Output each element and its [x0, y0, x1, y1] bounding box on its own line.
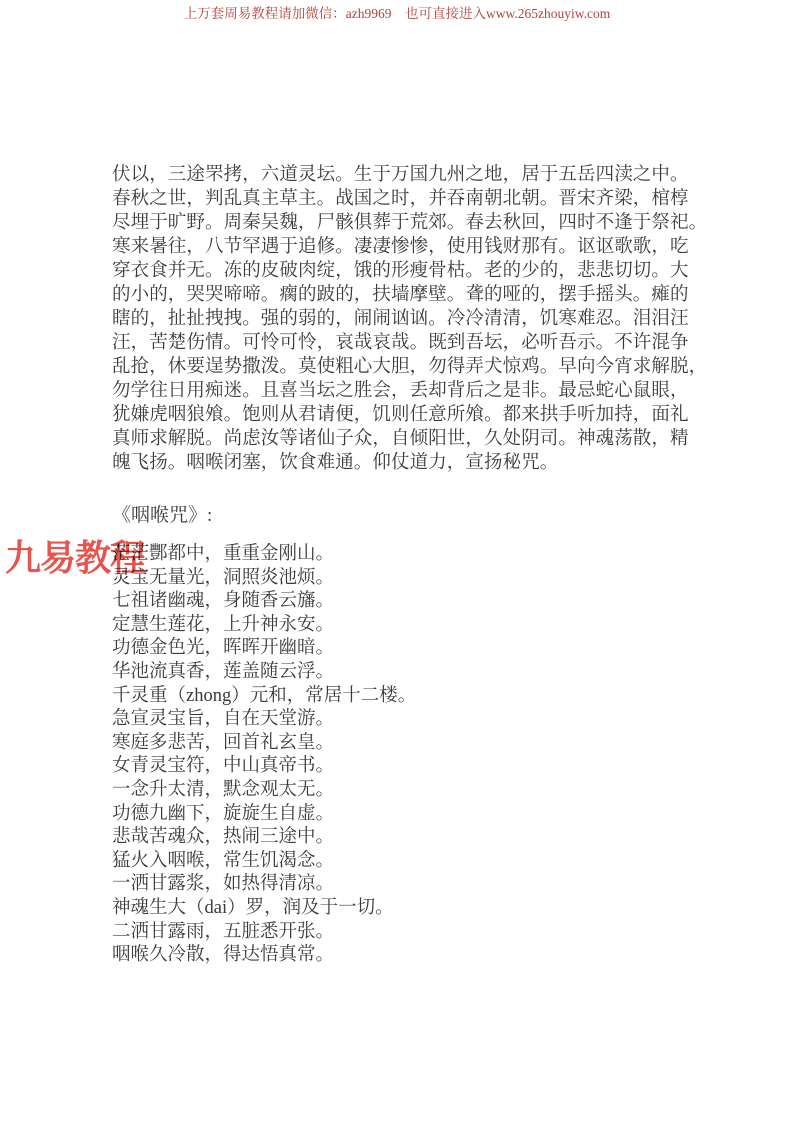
verse-line: 茫茫酆都中，重重金刚山。 [112, 543, 687, 567]
verse-line: 二洒甘露雨，五脏悉开张。 [112, 921, 687, 945]
opening-paragraph: 伏以，三途罘拷，六道灵坛。生于万国九州之地，居于五岳四渎之中。春秋之世，判乱真主… [112, 163, 687, 475]
verse-line: 定慧生莲花，上升神永安。 [112, 614, 687, 638]
paragraph-line: 伏以，三途罘拷，六道灵坛。生于万国九州之地，居于五岳四渎之中。 [112, 163, 687, 187]
verse-line: 灵宝无量光，洞照炎池烦。 [112, 567, 687, 591]
paragraph-line: 犹嫌虎咽狼飧。饱则从君请便，饥则任意所飧。都来拱手听加持，面礼 [112, 403, 687, 427]
verse-line: 猛火入咽喉，常生饥渴念。 [112, 850, 687, 874]
paragraph-line: 真师求解脱。尚虑汝等诸仙子众，自倾阳世，久处阴司。神魂荡散，精 [112, 427, 687, 451]
verse-line: 寒庭多悲苦，回首礼玄皇。 [112, 732, 687, 756]
verse-line: 悲哉苦魂众，热闹三途中。 [112, 826, 687, 850]
paragraph-line: 瞎的，扯扯拽拽。强的弱的，闹闹讻讻。冷冷清清，饥寒难忍。泪泪汪 [112, 307, 687, 331]
incantation-verse: 茫茫酆都中，重重金刚山。灵宝无量光，洞照炎池烦。七祖诸幽魂，身随香云旛。定慧生莲… [112, 543, 687, 968]
paragraph-line: 穿衣食并无。冻的皮破肉绽，饿的形瘦骨枯。老的少的，悲悲切切。大 [112, 259, 687, 283]
paragraph-line: 魄飞扬。咽喉闭塞，饮食难通。仰仗道力，宣扬秘咒。 [112, 451, 687, 475]
watermark-logo: 九易教程 [5, 537, 145, 579]
verse-line: 一念升太清，默念观太无。 [112, 779, 687, 803]
paragraph-line: 的小的，哭哭啼啼。瘸的跛的，扶墙摩壁。聋的哑的，摆手摇头。瘫的 [112, 283, 687, 307]
verse-line: 咽喉久冷散，得达悟真常。 [112, 944, 687, 968]
verse-line: 一洒甘露浆，如热得清凉。 [112, 873, 687, 897]
verse-line: 女青灵宝符，中山真帝书。 [112, 755, 687, 779]
verse-line: 功德金色光，晖晖开幽暗。 [112, 637, 687, 661]
verse-line: 神魂生大（dai）罗，润及于一切。 [112, 897, 687, 921]
paragraph-line: 寒来暑往，八节罕遇于追修。凄凄惨惨，使用钱财那有。讴讴歌歌，吃 [112, 235, 687, 259]
section-title: 《咽喉咒》: [112, 504, 212, 528]
paragraph-line: 尽埋于旷野。周秦吴魏，尸骸俱葬于荒郊。春去秋回，四时不逢于祭祀。 [112, 211, 687, 235]
verse-line: 华池流真香，莲盖随云浮。 [112, 661, 687, 685]
paragraph-line: 汪，苦楚伤情。可怜可怜，哀哉哀哉。既到吾坛，必听吾示。不许混争 [112, 331, 687, 355]
verse-line: 功德九幽下，旋旋生自虚。 [112, 803, 687, 827]
verse-line: 急宣灵宝旨，自在天堂游。 [112, 708, 687, 732]
verse-line: 千灵重（zhong）元和，常居十二楼。 [112, 685, 687, 709]
paragraph-line: 乱抢，休要逞势撒泼。莫使粗心大胆，勿得弄犬惊鸡。早向今宵求解脱， [112, 355, 687, 379]
verse-line: 七祖诸幽魂，身随香云旛。 [112, 590, 687, 614]
header-banner: 上万套周易教程请加微信：azh9969 也可直接进入www.265zhouyiw… [0, 5, 794, 22]
paragraph-line: 勿学往日用痴迷。且喜当坛之胜会，丢却背后之是非。最忌蛇心鼠眼， [112, 379, 687, 403]
paragraph-line: 春秋之世，判乱真主草主。战国之时，并吞南朝北朝。晋宋齐梁，棺椁 [112, 187, 687, 211]
